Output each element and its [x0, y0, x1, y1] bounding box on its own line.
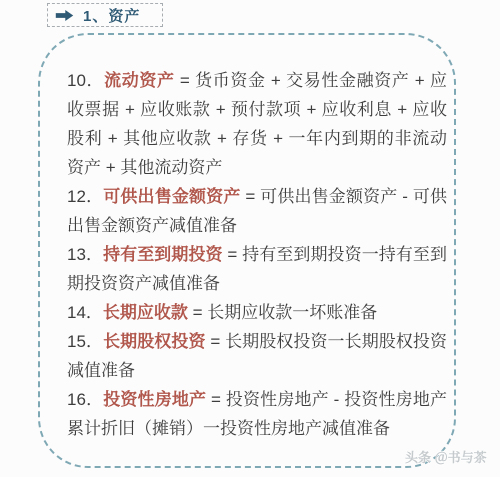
page: 1、资产 10．流动资产 = 货币资金 + 交易性金融资产 + 应收票据 + 应…	[0, 0, 500, 477]
right-arrow-icon	[55, 9, 74, 22]
toutiao-watermark: 头条 ＠书与茶	[405, 447, 487, 466]
item-number: 10．	[67, 71, 104, 90]
item-term: 流动资产	[104, 71, 174, 90]
formula-item-13: 13．持有至到期投资 = 持有至到期投资一持有至到期投资资产减值准备	[67, 240, 447, 298]
item-term: 持有至到期投资	[103, 245, 223, 264]
formula-item-10: 10．流动资产 = 货币资金 + 交易性金融资产 + 应收票据 + 应收账款 +…	[67, 66, 447, 182]
section-header-badge: 1、资产	[47, 3, 163, 27]
item-term: 长期应收款	[103, 303, 188, 322]
item-number: 13．	[67, 245, 103, 264]
item-number: 14．	[67, 303, 103, 322]
item-term: 投资性房地产	[103, 390, 206, 409]
item-number: 16．	[67, 390, 103, 409]
item-term: 长期股权投资	[103, 332, 205, 351]
item-number: 12．	[67, 187, 103, 206]
section-title: 1、资产	[83, 5, 140, 26]
formula-item-12: 12．可供出售金额资产 = 可供出售金额资产 - 可供出售金额资产减值准备	[67, 182, 447, 240]
formula-item-16: 16．投资性房地产 = 投资性房地产 - 投资性房地产累计折旧（摊销）一投资性房…	[67, 385, 447, 443]
formula-list: 10．流动资产 = 货币资金 + 交易性金融资产 + 应收票据 + 应收账款 +…	[67, 66, 447, 443]
formula-item-15: 15．长期股权投资 = 长期股权投资一长期股权投资减值准备	[67, 327, 447, 385]
item-number: 15．	[67, 332, 103, 351]
item-term: 可供出售金额资产	[103, 187, 240, 206]
formula-item-14: 14．长期应收款 = 长期应收款一坏账准备	[67, 298, 447, 327]
item-formula: = 长期应收款一坏账准备	[188, 303, 377, 322]
formula-card: 10．流动资产 = 货币资金 + 交易性金融资产 + 应收票据 + 应收账款 +…	[38, 33, 456, 468]
